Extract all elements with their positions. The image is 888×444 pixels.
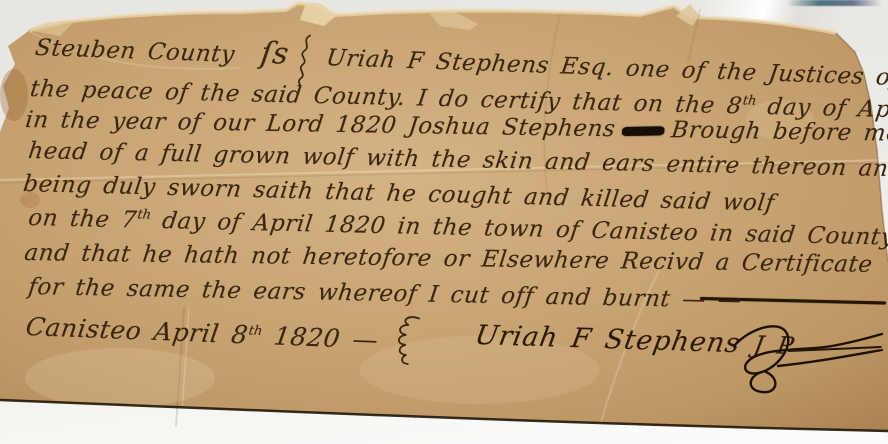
scanned-document-photo: Steuben County ſs Uriah F Stephens Esq. … xyxy=(0,0,888,444)
line-text: on the 7 xyxy=(27,205,139,233)
struck-out-word xyxy=(622,126,665,136)
county-name: Steuben County xyxy=(33,35,236,68)
signature-flourish-icon xyxy=(732,320,884,398)
line-text: 1820 — xyxy=(260,321,381,354)
ss-abbreviation: ſs xyxy=(259,36,292,72)
line-text: Brough before me the xyxy=(670,117,888,147)
flourish-squiggle-icon xyxy=(395,313,424,368)
